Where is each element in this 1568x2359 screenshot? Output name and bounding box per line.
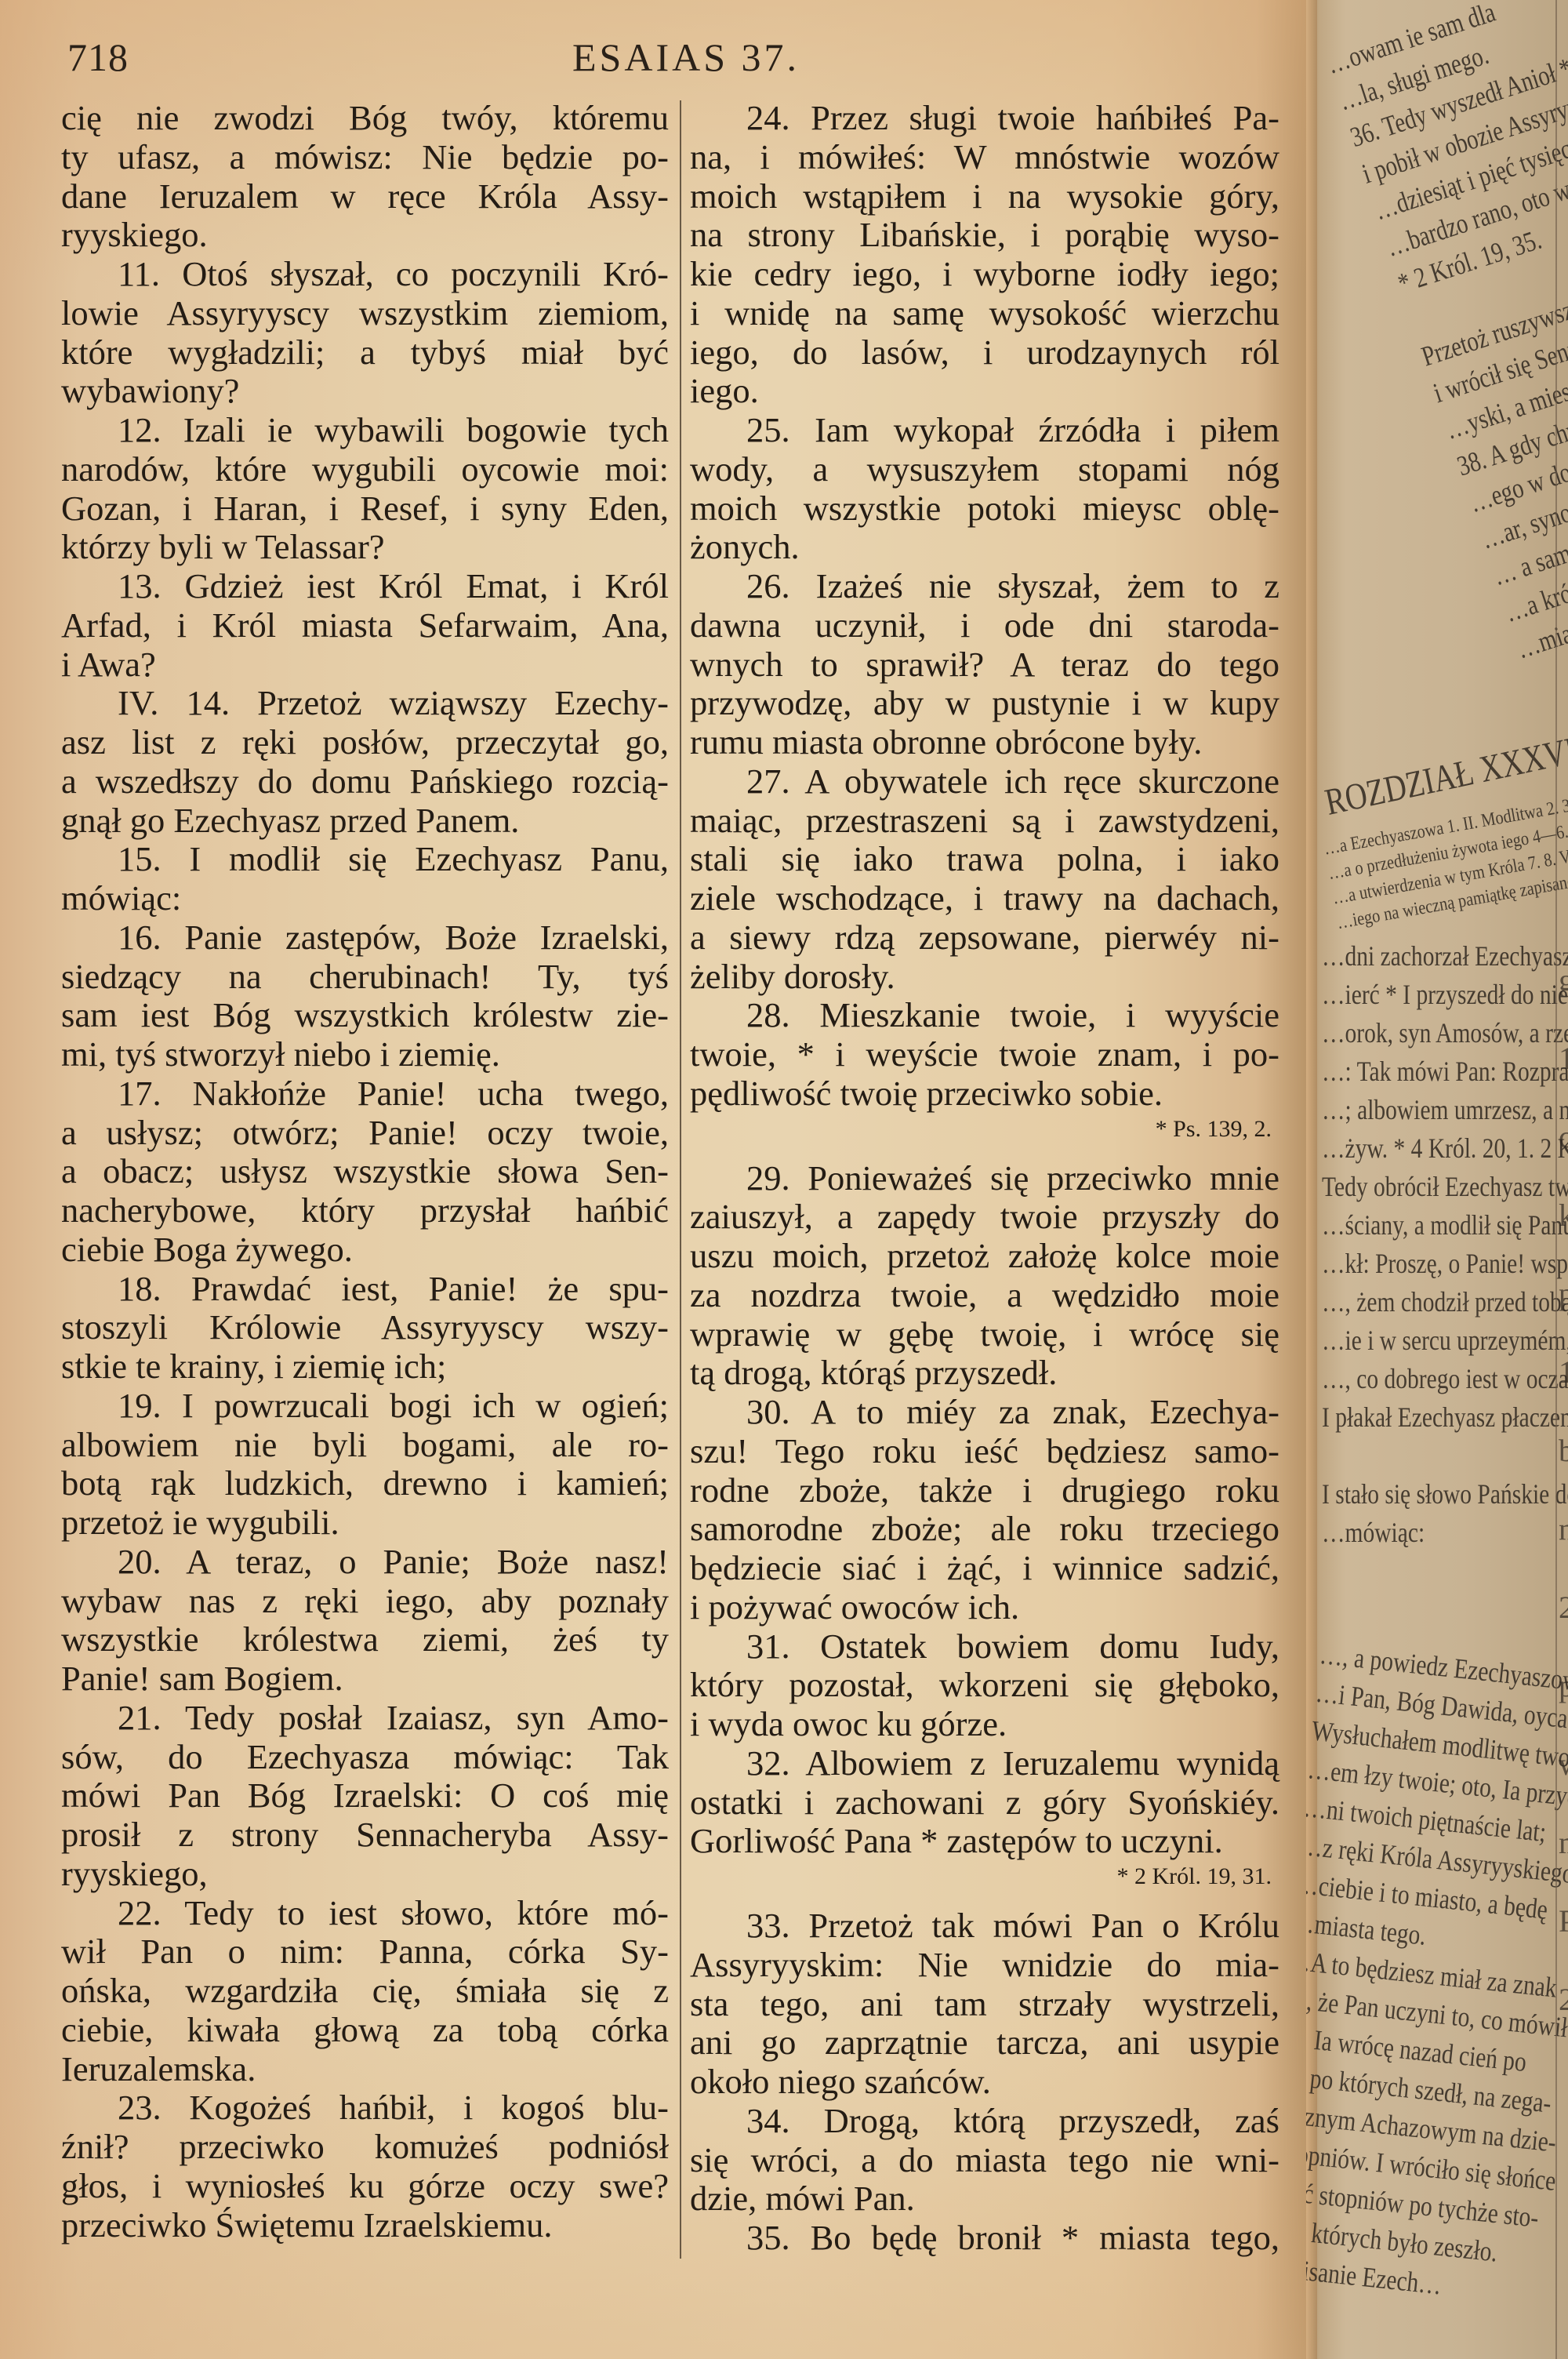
text-line: tą drogą, którąś przyszedł.: [690, 1354, 1279, 1393]
text-line: 26. Izażeś nie słyszał, żem to z: [690, 567, 1279, 606]
text-line: rodne zboże, także i drugiego roku: [690, 1471, 1279, 1510]
chapter-summary: …a Ezechyaszowa 1. II. Modlitwa 2. 3.…a …: [1322, 802, 1536, 936]
facing-text-line: …, żem chodził przed tobą: [1322, 1283, 1515, 1321]
page-number: 718: [67, 35, 129, 80]
text-line: 34. Drogą, którą przyszedł, zaś: [690, 2102, 1279, 2141]
text-line: sta tego, ani tam strzały wystrzeli,: [690, 1985, 1279, 2024]
right-text-column: 24. Przez sługi twoie hańbiłeś Pa-na, i …: [690, 99, 1279, 2258]
text-line: 35. Bo będę bronił * miasta tego,: [690, 2219, 1279, 2258]
text-line: który pozostał, wkorzeni się głęboko,: [690, 1666, 1279, 1705]
text-line: wybaw nas z ręki iego, aby poznały: [61, 1582, 669, 1621]
facing-text-line: …ściany, a modlił się Panu,: [1322, 1206, 1515, 1245]
facing-fragment: pieś…: [1559, 1647, 1568, 1725]
text-line: mówiąc:: [61, 879, 669, 918]
text-line: ani go zaprzątnie tarcza, ani usypie: [690, 2023, 1279, 2063]
page-header: 718 ESAIAS 37.: [61, 35, 1300, 82]
facing-fragment: wszy…: [1559, 1725, 1568, 1804]
text-line: 20. A teraz, o Panie; Boże nasz!: [61, 1543, 669, 1582]
text-line: rumu miasta obronne obrócone były.: [690, 723, 1279, 762]
facing-fragment: będ…: [1559, 1412, 1568, 1490]
facing-text-line: …ierć * I przyszedł do niego: [1322, 976, 1515, 1014]
text-line: Assyryyskim: Nie wnidzie do mia-: [690, 1946, 1279, 1985]
text-line: botą rąk ludzkich, drewno i kamień;: [61, 1464, 669, 1503]
text-line: narodów, które wygubili oycowie moi:: [61, 450, 669, 489]
left-text-column: cię nie zwodzi Bóg twóy, któremuty ufasz…: [61, 99, 669, 2245]
text-line: wszystkie królestwa ziemi, żeś ty: [61, 1620, 669, 1659]
facing-column-separator: [1555, 0, 1557, 2359]
text-line: 12. Izali ie wybawili bogowie tych: [61, 411, 669, 450]
text-line: się wróci, a do miasta tego nie wni-: [690, 2141, 1279, 2180]
text-line: ryyskiego.: [61, 216, 669, 255]
text-line: żeliby dorosły.: [690, 958, 1279, 997]
text-line: ciebie Boga żywego.: [61, 1230, 669, 1270]
text-line: nacherybowe, który przysłał hańbić: [61, 1191, 669, 1230]
text-line: 27. A obywatele ich ręce skurczone: [690, 762, 1279, 801]
facing-text-line: …kł: Proszę, o Panie! wspo-: [1322, 1245, 1515, 1283]
left-page: 718 ESAIAS 37. cię nie zwodzi Bóg twóy, …: [0, 0, 1308, 2359]
text-line: dawna uczynił, i ode dni staroda-: [690, 606, 1279, 645]
text-line: Gorliwość Pana * zastępów to uczyni.: [690, 1822, 1279, 1861]
text-line: ostatki i zachowani z góry Syońskiéy.: [690, 1783, 1279, 1823]
facing-page-bottom-text: …, a powiedz Ezechyaszowi:…i Pan, Bóg Da…: [1306, 1635, 1514, 2305]
facing-fragment: praw…: [1559, 1255, 1568, 1333]
facing-next-column-fragments: gr…1…cię…któ…praw…19…będ…nem…20…pieś…wsz…: [1559, 941, 1568, 2039]
text-line: asz list z ręki posłów, przeczytał go,: [61, 723, 669, 762]
text-line: gnął go Ezechyasz przed Panem.: [61, 801, 669, 841]
facing-text-line: …żyw. * 4 Król. 20, 1. 2 Kron. 32, 24.: [1322, 1129, 1515, 1168]
text-line: iego, do lasów, i urodzaynych ról: [690, 333, 1279, 373]
text-line: 24. Przez sługi twoie hańbiłeś Pa-: [690, 99, 1279, 138]
facing-fragment: 21…: [1559, 1961, 1568, 2039]
text-line: i pożywać owoców ich.: [690, 1588, 1279, 1627]
text-line: siedzący na cherubinach! Ty, tyś: [61, 958, 669, 997]
text-line: przywodzę, aby w pustynie i w kupy: [690, 684, 1279, 723]
text-line: moich wszystkie potoki mieysc oblę-: [690, 489, 1279, 529]
text-line: a usłysz; otwórz; Panie! oczy twoie,: [61, 1114, 669, 1153]
text-line: 30. A to miéy za znak, Ezechya-: [690, 1393, 1279, 1432]
text-line: i Awa?: [61, 645, 669, 685]
facing-page-top-text: …owam ie sam dla…la, sługi mego.36. Tedy…: [1322, 0, 1568, 668]
facing-text-line: I stało się słowo Pańskie do: [1322, 1475, 1515, 1514]
text-line: 32. Albowiem z Ieruzalemu wynidą: [690, 1744, 1279, 1783]
text-line: lowie Assyryyscy wszystkim ziemiom,: [61, 294, 669, 333]
facing-fragment: 1…: [1559, 1020, 1568, 1098]
text-line: przeciwko Świętemu Izraelskiemu.: [61, 2206, 669, 2245]
facing-page: …owam ie sam dla…la, sługi mego.36. Tedy…: [1306, 0, 1568, 2359]
text-line: albowiem nie byli bogami, ale ro-: [61, 1426, 669, 1465]
text-line: 13. Gdzież iest Król Emat, i Król: [61, 567, 669, 606]
facing-text-line: Tedy obrócił Ezechyasz twarz: [1322, 1168, 1515, 1206]
text-line: dzie, mówi Pan.: [690, 2179, 1279, 2219]
text-line: iego.: [690, 372, 1279, 411]
text-line: będziecie siać i żąć, i winnice sadzić,: [690, 1549, 1279, 1588]
text-line: 25. Iam wykopał źrzódła i piłem: [690, 411, 1279, 450]
text-line: sam iest Bóg wszystkich królestw zie-: [61, 996, 669, 1035]
text-line: 18. Prawdać iest, Panie! że spu-: [61, 1270, 669, 1309]
facing-text-line: …, co dobrego iest w oczach: [1322, 1360, 1515, 1398]
text-line: twoie, * i weyście twoie znam, i po-: [690, 1035, 1279, 1074]
facing-text-line: …; albowiem umrzesz, a nie: [1322, 1091, 1515, 1129]
text-line: [690, 1145, 1279, 1159]
running-head: ESAIAS 37.: [572, 35, 800, 80]
text-line: dane Ieruzalem w ręce Króla Assy-: [61, 177, 669, 216]
text-line: 17. Nakłońże Panie! ucha twego,: [61, 1074, 669, 1114]
text-line: na strony Libańskie, i porąbię wyso-: [690, 216, 1279, 255]
text-line: Arfad, i Król miasta Sefarwaim, Ana,: [61, 606, 669, 645]
text-line: ryyskiego,: [61, 1855, 669, 1894]
facing-text-line: [1322, 1437, 1515, 1475]
text-line: prosił z strony Sennacheryba Assy-: [61, 1816, 669, 1855]
text-line: którzy byli w Telassar?: [61, 528, 669, 567]
text-line: wody, a wysuszyłem stopami nóg: [690, 450, 1279, 489]
text-line: ciebie, kiwała głową za tobą córka: [61, 2011, 669, 2050]
text-line: cię nie zwodzi Bóg twóy, któremu: [61, 99, 669, 138]
text-line: ziele wschodzące, i trawy na dachach,: [690, 879, 1279, 918]
text-line: ońska, wzgardziła cię, śmiała się z: [61, 1972, 669, 2011]
column-separator: [680, 100, 681, 2259]
facing-text-line: …orok, syn Amosów, a rzekł: [1322, 1014, 1515, 1052]
facing-fragment: mu P…: [1559, 1804, 1568, 1961]
facing-text-line: I płakał Ezechyasz płaczem: [1322, 1398, 1515, 1437]
facing-text-line: …dni zachorzał Ezechyasz: [1322, 937, 1515, 976]
text-line: głos, i wyniosłeś ku górze oczy swe?: [61, 2167, 669, 2206]
text-line: kie cedry iego, i wyborne iodły iego;: [690, 255, 1279, 294]
text-line: źnił? przeciwko komużeś podniósł: [61, 2128, 669, 2167]
text-line: a obacz; usłysz wszystkie słowa Sen-: [61, 1152, 669, 1191]
text-line: wił Pan o nim: Panna, córka Sy-: [61, 1932, 669, 1972]
text-line: wprawię w gębę twoię, i wrócę się: [690, 1315, 1279, 1354]
text-line: stoszyli Królowie Assyryyscy wszy-: [61, 1308, 669, 1347]
text-line: i wnidę na samę wysokość wierzchu: [690, 294, 1279, 333]
text-line: i wyda owoc ku górze.: [690, 1705, 1279, 1744]
facing-text-line: …: Tak mówi Pan: Rozpraw: [1322, 1052, 1515, 1091]
text-line: 16. Panie zastępów, Boże Izraelski,: [61, 918, 669, 958]
text-line: stkie te krainy, i ziemię ich;: [61, 1347, 669, 1387]
facing-text-line: …ie i w sercu uprzeymém,: [1322, 1321, 1515, 1360]
text-line: mi, tyś stworzył niebo i ziemię.: [61, 1035, 669, 1074]
text-line: sów, do Ezechyasza mówiąc: Tak: [61, 1738, 669, 1777]
text-line: samorodne zboże; ale roku trzeciego: [690, 1510, 1279, 1549]
text-line: stali się iako trawa polna, i iako: [690, 840, 1279, 879]
text-line: szu! Tego roku ieść będziesz samo-: [690, 1432, 1279, 1471]
text-line: pędliwość twoię przeciwko sobie.: [690, 1074, 1279, 1114]
text-line: uszu moich, przetoż założę kolce moie: [690, 1237, 1279, 1276]
text-line: Panie! sam Bogiem.: [61, 1659, 669, 1699]
text-line: wybawiony?: [61, 372, 669, 411]
text-line: Gozan, i Haran, i Resef, i syny Eden,: [61, 489, 669, 529]
text-line: 19. I powrzucali bogi ich w ogień;: [61, 1387, 669, 1426]
text-line: Ieruzalemska.: [61, 2050, 669, 2089]
text-line: zaiuszył, a zapędy twoie przyszły do: [690, 1198, 1279, 1237]
text-line: mówi Pan Bóg Izraelski: O coś mię: [61, 1776, 669, 1816]
text-line: 21. Tedy posłał Izaiasz, syn Amo-: [61, 1699, 669, 1738]
footnote: * Ps. 139, 2.: [690, 1114, 1279, 1145]
text-line: ty ufasz, a mówisz: Nie będzie po-: [61, 138, 669, 177]
text-line: 29. Ponieważeś się przeciwko mnie: [690, 1159, 1279, 1198]
facing-fragment: 19…: [1559, 1333, 1568, 1412]
text-line: 11. Otoś słyszał, co poczynili Kró-: [61, 255, 669, 294]
text-line: moich wstąpiłem i na wysokie góry,: [690, 177, 1279, 216]
facing-text-line: …mówiąc:: [1322, 1514, 1515, 1552]
text-line: przetoż ie wygubili.: [61, 1503, 669, 1543]
facing-page-chapter-block: ROZDZIAŁ XXXVIII. …a Ezechyaszowa 1. II.…: [1322, 784, 1557, 937]
footnote: * 2 Król. 19, 31.: [690, 1861, 1279, 1892]
facing-fragment: któ…: [1559, 1176, 1568, 1255]
text-line: 23. Kogożeś hańbił, i kogoś blu-: [61, 2088, 669, 2128]
text-line: a wszedłszy do domu Pańskiego rozcią-: [61, 762, 669, 801]
text-line: około niego szańców.: [690, 2063, 1279, 2102]
facing-fragment: gr…: [1559, 941, 1568, 1020]
facing-fragment: nem…: [1559, 1490, 1568, 1568]
text-line: 28. Mieszkanie twoie, i wyyście: [690, 996, 1279, 1035]
text-line: które wygładzili; a tybyś miał być: [61, 333, 669, 373]
text-line: 33. Przetoż tak mówi Pan o Królu: [690, 1906, 1279, 1946]
facing-page-middle-text: …dni zachorzał Ezechyasz…ierć * I przysz…: [1322, 937, 1515, 1552]
text-line: IV. 14. Przetoż wziąwszy Ezechy-: [61, 684, 669, 723]
text-line: a siewy rdzą zepsowane, pierwéy ni-: [690, 918, 1279, 958]
text-line: maiąc, przestraszeni są i zawstydzeni,: [690, 801, 1279, 841]
text-line: 31. Ostatek bowiem domu Iudy,: [690, 1627, 1279, 1667]
facing-fragment: cię…: [1559, 1098, 1568, 1176]
text-line: [690, 1892, 1279, 1906]
text-line: na, i mówiłeś: W mnóstwie wozów: [690, 138, 1279, 177]
text-line: 22. Tedy to iest słowo, które mó-: [61, 1894, 669, 1933]
text-line: 15. I modlił się Ezechyasz Panu,: [61, 840, 669, 879]
text-line: wnych to sprawił? A teraz do tego: [690, 645, 1279, 685]
facing-fragment: 20…: [1559, 1568, 1568, 1647]
text-line: za nozdrza twoie, a wędzidło moie: [690, 1276, 1279, 1315]
text-line: żonych.: [690, 528, 1279, 567]
